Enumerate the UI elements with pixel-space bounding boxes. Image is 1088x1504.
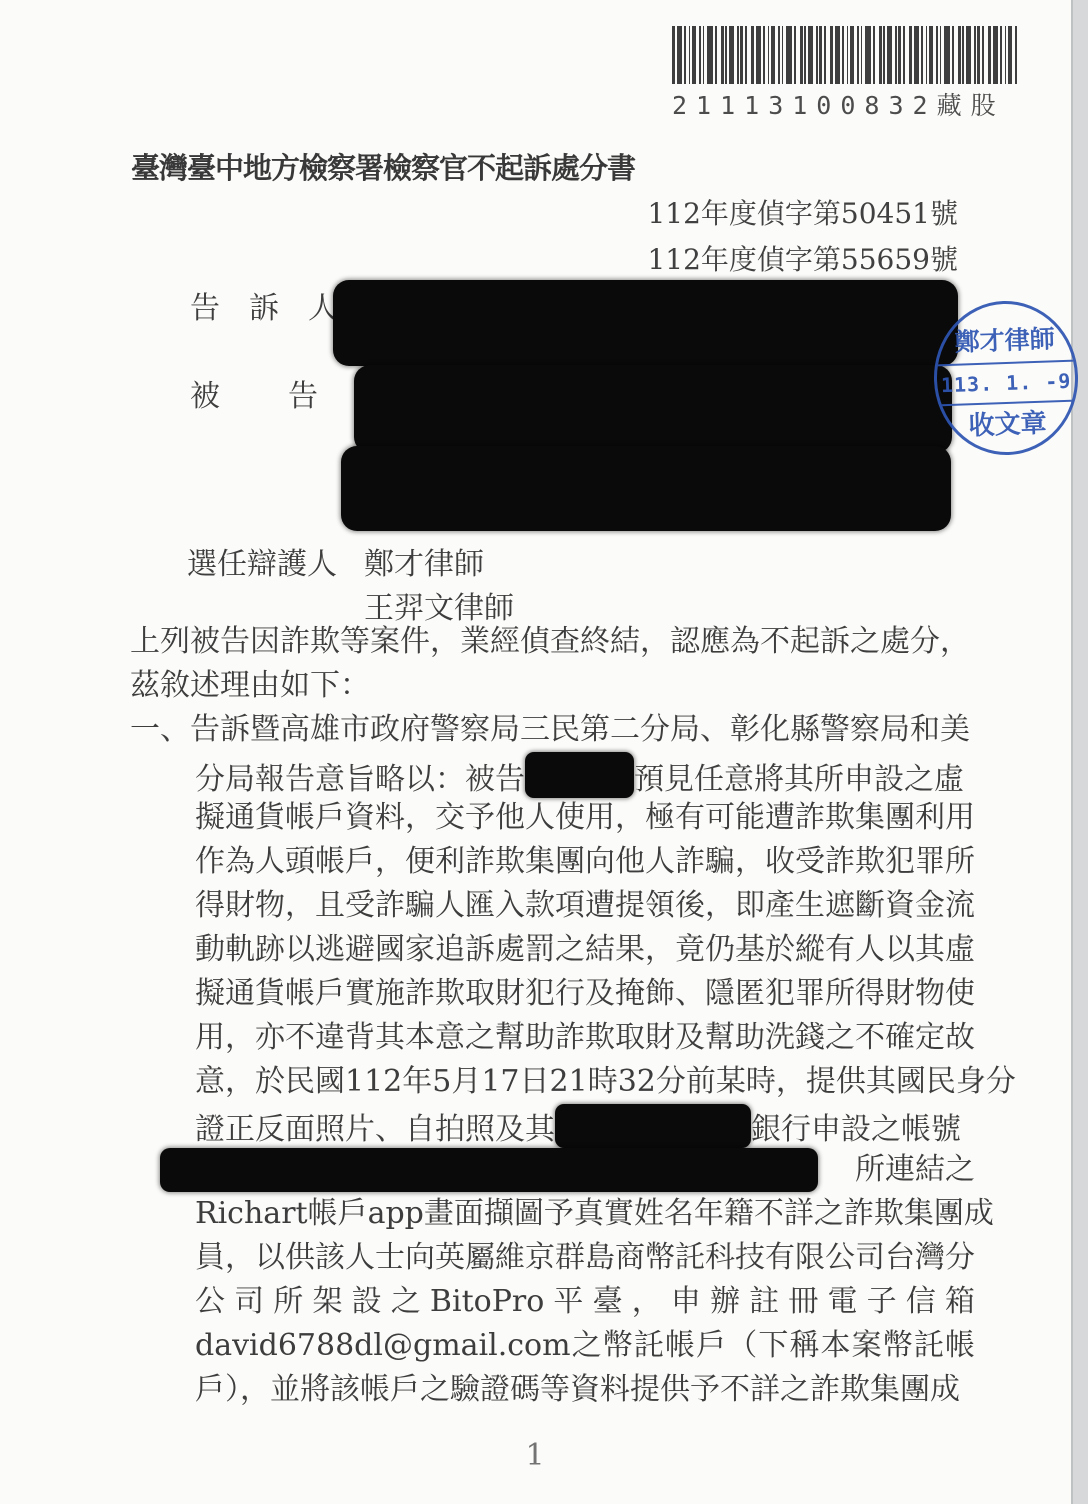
body-line: 作為人頭帳戶，便利詐欺集團向他人詐騙，收受詐欺犯罪所 [130, 840, 975, 884]
body-line: 戶），並將該帳戶之驗證碼等資料提供予不詳之詐欺集團成 [130, 1368, 975, 1412]
barcode-text: 21113100832藏股 [672, 86, 1020, 122]
redaction-bar-account [160, 1148, 818, 1192]
redaction-bar-defendant-1 [354, 365, 952, 453]
body-line: 用，亦不違背其本意之幫助詐欺取財及幫助洗錢之不確定故 [130, 1016, 975, 1060]
document-body: 上列被告因詐欺等案件，業經偵查終結，認應為不起訴之處分， 茲敘述理由如下： 一、… [130, 620, 975, 1412]
redaction-box-defendant-name [525, 752, 634, 798]
defense-counsel-row: 選任辯護人鄭才律師 [187, 539, 484, 583]
body-line: 公司所架設之BitoPro平臺，申辦註冊電子信箱 [130, 1280, 975, 1324]
stamp-date: 113. 1. -9 [937, 362, 1076, 407]
defense-counsel-1: 鄭才律師 [364, 547, 484, 582]
barcode-bars [672, 26, 1020, 84]
body-line: 擬通貨帳戶實施詐欺取財犯行及掩飾、隱匿犯罪所得財物使 [130, 972, 975, 1016]
body-line: david6788dl@gmail.com之幣託帳戶（下稱本案幣託帳 [130, 1324, 975, 1368]
body-line: 動軌跡以逃避國家追訴處罰之結果，竟仍基於縱有人以其虛 [130, 928, 975, 972]
body-line: 一、告訴暨高雄市政府警察局三民第二分局、彰化縣警察局和美 [130, 708, 975, 752]
body-line: 意，於民國112年5月17日21時32分前某時，提供其國民身分 [130, 1060, 975, 1104]
body-text: 銀行申設之帳號 [751, 1112, 961, 1147]
page-number: 1 [0, 1438, 1070, 1473]
scan-edge [1071, 0, 1088, 1504]
barcode: 21113100832藏股 [672, 26, 1020, 122]
body-line: 擬通貨帳戶資料，交予他人使用，極有可能遭詐欺集團利用 [130, 796, 975, 840]
stamp-lawyer-name: 鄭才律師 [935, 318, 1074, 367]
body-line: 分局報告意旨略以：被告預見任意將其所申設之虛 [130, 752, 975, 796]
body-line: 上列被告因詐欺等案件，業經偵查終結，認應為不起訴之處分， [130, 620, 975, 664]
body-text: 預見任意將其所申設之虛 [634, 762, 964, 797]
stamp-label: 收文章 [938, 402, 1077, 449]
defendant-label: 被告 [190, 371, 318, 415]
body-text: 分局報告意旨略以：被告 [195, 762, 525, 797]
body-text: 所連結之 [855, 1148, 975, 1192]
redaction-bar-complainant [333, 280, 958, 366]
body-line: 茲敘述理由如下： [130, 664, 975, 708]
case-number-1: 112年度偵字第50451號 [647, 192, 958, 232]
body-text: 證正反面照片、自拍照及其 [195, 1112, 555, 1147]
body-line: 員，以供該人士向英屬維京群島商幣託科技有限公司台灣分 [130, 1236, 975, 1280]
document-title: 臺灣臺中地方檢察署檢察官不起訴處分書 [131, 146, 635, 187]
lawyer-receipt-stamp: 鄭才律師 113. 1. -9 收文章 [931, 299, 1080, 458]
document-page: 21113100832藏股 臺灣臺中地方檢察署檢察官不起訴處分書 112年度偵字… [0, 0, 1088, 1504]
defense-label: 選任辯護人 [187, 547, 337, 582]
body-line: Richart帳戶app畫面擷圖予真實姓名年籍不詳之詐欺集團成 [130, 1192, 975, 1236]
redaction-bar-defendant-2 [341, 446, 951, 531]
body-line: 所連結之 [130, 1148, 975, 1192]
body-line: 證正反面照片、自拍照及其銀行申設之帳號 [130, 1104, 975, 1148]
complainant-label: 告訴人 [190, 283, 338, 327]
case-number-2: 112年度偵字第55659號 [647, 238, 958, 278]
body-line: 得財物，且受詐騙人匯入款項遭提領後，即產生遮斷資金流 [130, 884, 975, 928]
redaction-box-bank-name [555, 1104, 751, 1148]
